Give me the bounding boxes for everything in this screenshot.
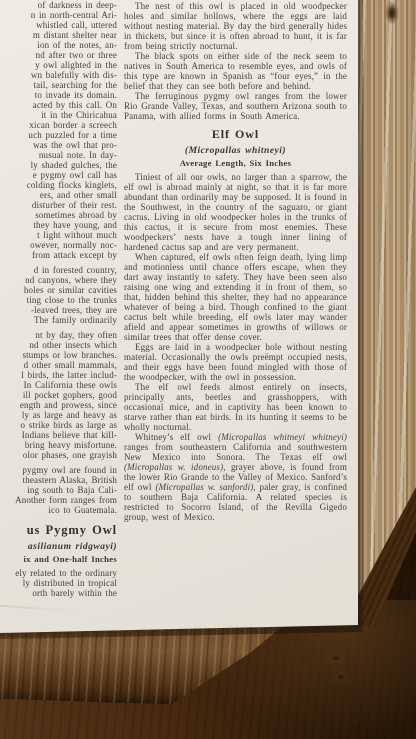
text-line: ting close to the trunks: [0, 295, 117, 305]
text-line: ely related to the ordinary: [0, 568, 117, 578]
text-line: was the owl that pro-: [0, 140, 117, 150]
paragraph: Eggs are laid in a woodpecker hole witho…: [124, 342, 347, 382]
text-line: colding flocks kinglets,: [0, 180, 117, 190]
left-section-header: us Pygmy Owl asilianum ridgwayi) ix and …: [0, 524, 117, 564]
text-line: disturber of their rest.: [0, 200, 117, 210]
text-line: t light without much: [0, 230, 117, 240]
text-line: ing south to Baja Cali-: [0, 485, 117, 495]
text-line: from attack except by: [0, 250, 117, 260]
text-line: ill pocket gophers, good: [0, 390, 117, 400]
text-line: olor phases, one grayish: [0, 450, 117, 460]
paragraph: Tiniest of all our owls, no larger than …: [124, 172, 347, 252]
text-line: nd after two or three: [0, 50, 117, 60]
text-line: n in north-central Ari-: [0, 10, 117, 20]
text-line: nusual note. In day-: [0, 150, 117, 160]
text-line: tail, searching for the: [0, 80, 117, 90]
text-line: theastern Alaska, British: [0, 475, 117, 485]
text-line: ly shaded gulches, the: [0, 160, 117, 170]
text-line: ly distributed in tropical: [0, 578, 117, 588]
text-line: stumps or low branches.: [0, 350, 117, 360]
text-line: sometimes abroad by: [0, 210, 117, 220]
left-text-column: of darkness in deep-n in north-central A…: [0, 0, 117, 603]
text-line: The family ordinarily: [0, 315, 117, 325]
text-line: bring heavy misfortune.: [0, 440, 117, 450]
text-line: orth barely within the: [0, 588, 117, 598]
text-line: In California these owls: [0, 380, 117, 390]
paragraph: The ferruginous pygmy owl ranges from th…: [124, 91, 347, 121]
text-line: holes or similar cavities: [0, 285, 117, 295]
text-line: nd canyons, where they: [0, 275, 117, 285]
paragraph: When captured, elf owls often feign deat…: [124, 252, 347, 342]
text-line: y owl alighted in the: [0, 60, 117, 70]
photo-of-book-page: of darkness in deep-n in north-central A…: [0, 0, 416, 739]
left-section-species-name: asilianum ridgwayi): [0, 542, 117, 553]
text-line: d other small mammals,: [0, 360, 117, 370]
text-line: xican border a screech: [0, 120, 117, 130]
right-paragraphs-before-heading: The nest of this owl is placed in old wo…: [124, 1, 347, 121]
text-line: of darkness in deep-: [0, 0, 117, 10]
left-paragraph-fragments: nt by day, they oftennd other insects wh…: [0, 330, 117, 460]
text-line: uch puzzled for a time: [0, 130, 117, 140]
left-paragraph-fragments: d in forested country,nd canyons, where …: [0, 265, 117, 325]
right-text-column: The nest of this owl is placed in old wo…: [124, 1, 347, 522]
text-line: d in forested country,: [0, 265, 117, 275]
paragraph: The black spots on either side of the ne…: [124, 51, 347, 91]
text-line: m distant shelter near: [0, 30, 117, 40]
right-section-header: Elf Owl (Micropallas whitneyi) Average L…: [124, 128, 347, 168]
text-line: to invade its domain.: [0, 90, 117, 100]
left-section-title: us Pygmy Owl: [0, 524, 117, 537]
text-line: ion of the notes, an-: [0, 40, 117, 50]
text-line: ers, and other small: [0, 190, 117, 200]
left-paragraph-fragments: ely related to the ordinaryly distribute…: [0, 568, 117, 598]
text-line: ength and prowess, since: [0, 400, 117, 410]
text-line: nt by day, they often: [0, 330, 117, 340]
left-paragraph-fragments: of darkness in deep-n in north-central A…: [0, 0, 117, 260]
paragraph: The elf owl feeds almost entirely on ins…: [124, 382, 347, 432]
left-section-length-line: ix and One-half Inches: [0, 554, 117, 564]
text-line: it in the Chiricahua: [0, 110, 117, 120]
text-line: -leaved trees, they are: [0, 305, 117, 315]
text-line: nd other insects which: [0, 340, 117, 350]
paragraph: Whitney’s elf owl (Micropallas whitneyi …: [124, 432, 347, 522]
right-section-species-name: (Micropallas whitneyi): [124, 146, 347, 157]
text-line: l birds, the latter includ-: [0, 370, 117, 380]
text-line: ico to Guatemala.: [0, 505, 117, 515]
right-section-length-line: Average Length, Six Inches: [124, 158, 347, 168]
paragraph: The nest of this owl is placed in old wo…: [124, 1, 347, 51]
text-line: they have young, and: [0, 220, 117, 230]
right-section-title: Elf Owl: [124, 128, 347, 141]
text-line: e pygmy owl call has: [0, 170, 117, 180]
paper-crease: [0, 602, 76, 612]
text-line: pygmy owl are found in: [0, 465, 117, 475]
text-line: acted by this call. On: [0, 100, 117, 110]
text-line: owever, normally noc-: [0, 240, 117, 250]
left-paragraph-fragments: pygmy owl are found intheastern Alaska, …: [0, 465, 117, 515]
book-page: of darkness in deep-n in north-central A…: [0, 0, 358, 634]
text-line: ly as large and heavy as: [0, 410, 117, 420]
text-line: o strike birds as large as: [0, 420, 117, 430]
text-line: wn balefully with dis-: [0, 70, 117, 80]
text-line: Indians believe that kill-: [0, 430, 117, 440]
right-paragraphs-after-heading: Tiniest of all our owls, no larger than …: [124, 172, 347, 522]
text-line: Another form ranges from: [0, 495, 117, 505]
text-line: whistled call, uttered: [0, 20, 117, 30]
